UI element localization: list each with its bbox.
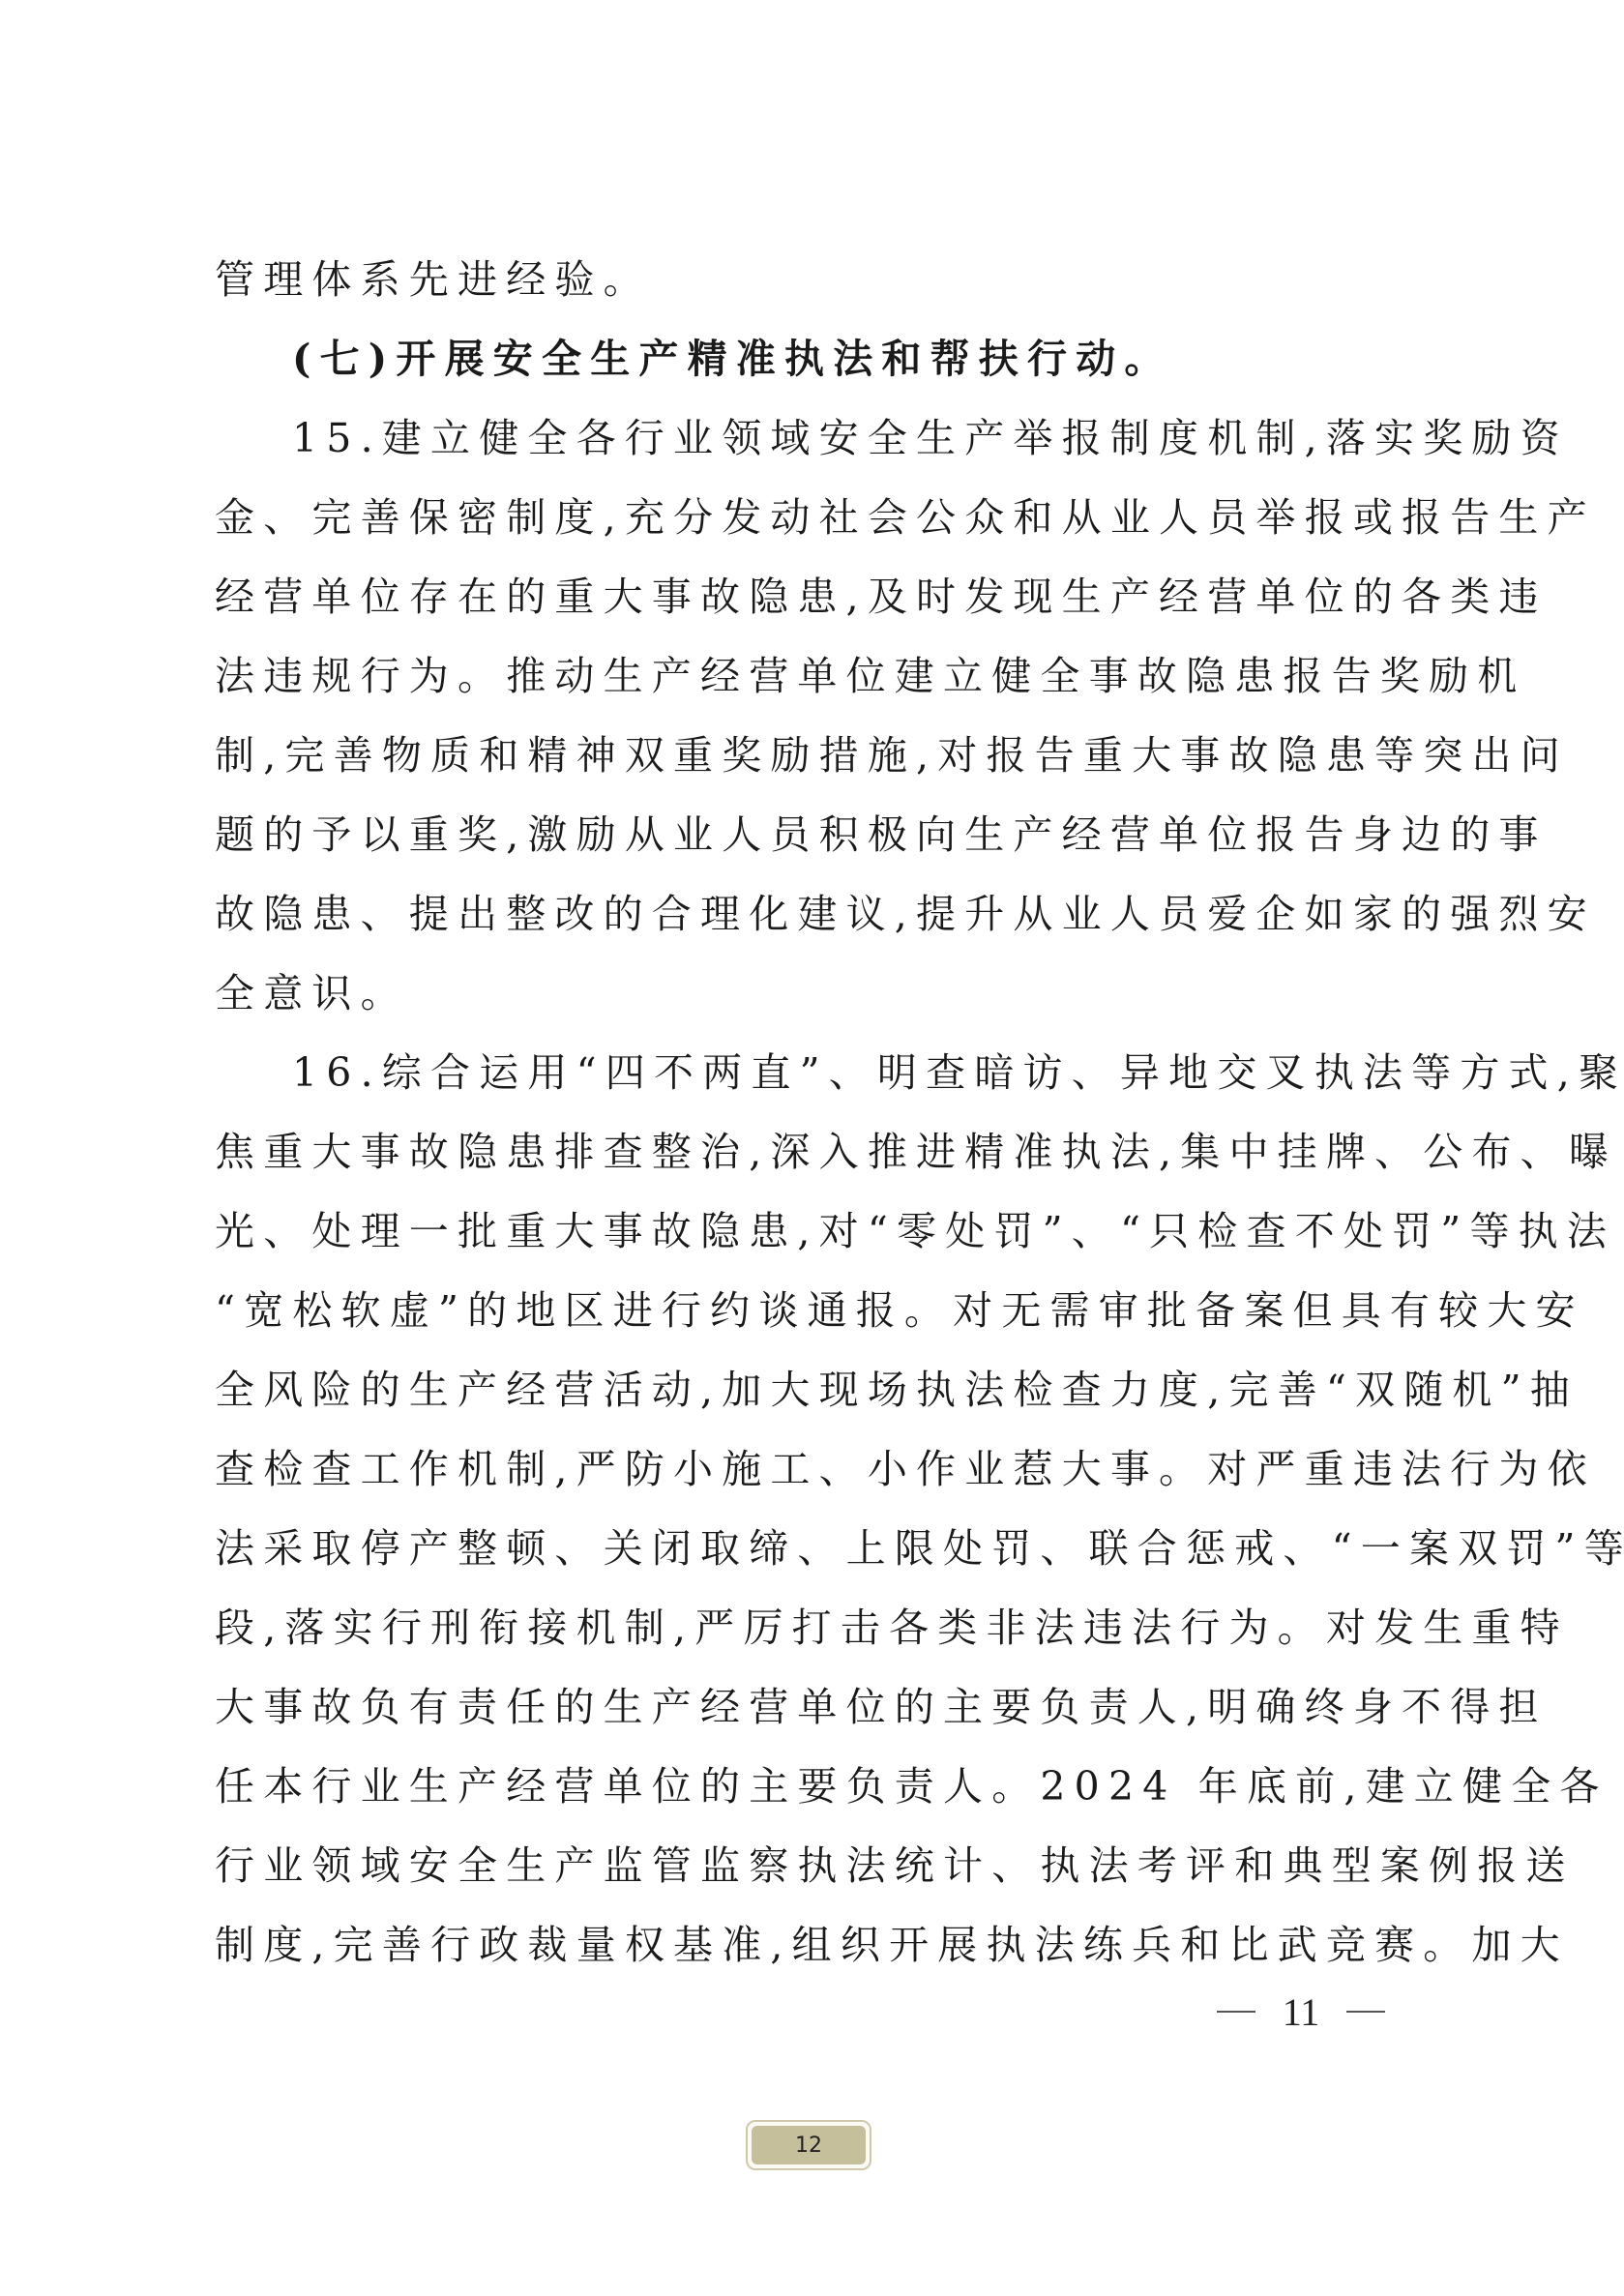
text-line: 全意识。 [215,954,1391,1033]
text-line: 15.建立健全各行业领域安全生产举报制度机制,落实奖励资 [215,398,1391,478]
text-line: 全风险的生产经营活动,加大现场执法检查力度,完善“双随机”抽 [215,1350,1391,1429]
text-line: 光、处理一批重大事故隐患,对“零处罚”、“只检查不处罚”等执法 [215,1192,1391,1271]
page-number-badge-inner: 12 [752,2126,866,2164]
text-line: 大事故负有责任的生产经营单位的主要负责人,明确终身不得担 [215,1667,1391,1747]
text-line: 故隐患、提出整改的合理化建议,提升从业人员爱企如家的强烈安 [215,874,1391,954]
text-line: 经营单位存在的重大事故隐患,及时发现生产经营单位的各类违 [215,557,1391,636]
text-line: “宽松软虚”的地区进行约谈通报。对无需审批备案但具有较大安 [215,1271,1391,1350]
text-line: 法违规行为。推动生产经营单位建立健全事故隐患报告奖励机 [215,636,1391,716]
text-line: 任本行业生产经营单位的主要负责人。2024 年底前,建立健全各 [215,1747,1391,1826]
text-line: 16.综合运用“四不两直”、明查暗访、异地交叉执法等方式,聚 [215,1033,1391,1112]
text-line: 题的予以重奖,激励从业人员积极向生产经营单位报告身边的事 [215,795,1391,874]
printed-page-number: 11 [1185,1983,1417,2041]
text-line: 制,完善物质和精神双重奖励措施,对报告重大事故隐患等突出问 [215,716,1391,795]
page-number-badge-value: 12 [795,2134,822,2158]
folio-dash-right [1346,2011,1385,2013]
page-number-badge[interactable]: 12 [746,2120,871,2170]
text-line: 金、完善保密制度,充分发动社会公众和从业人员举报或报告生产 [215,478,1391,557]
section-heading: (七)开展安全生产精准执法和帮扶行动。 [215,319,1391,398]
text-line: 段,落实行刑衔接机制,严厉打击各类非法违法行为。对发生重特 [215,1588,1391,1667]
text-line: 行业领域安全生产监管监察执法统计、执法考评和典型案例报送 [215,1826,1391,1905]
text-line: 制度,完善行政裁量权基准,组织开展执法练兵和比武竞赛。加大 [215,1905,1391,1985]
body-text: 管理体系先进经验。(七)开展安全生产精准执法和帮扶行动。15.建立健全各行业领域… [215,240,1391,1985]
folio-dash-left [1217,2011,1255,2013]
text-line: 管理体系先进经验。 [215,240,1391,319]
document-page: 管理体系先进经验。(七)开展安全生产精准执法和帮扶行动。15.建立健全各行业领域… [0,0,1624,2296]
text-line: 法采取停产整顿、关闭取缔、上限处罚、联合惩戒、“一案双罚”等手 [215,1509,1391,1588]
text-line: 查检查工作机制,严防小施工、小作业惹大事。对严重违法行为依 [215,1429,1391,1509]
printed-page-number-value: 11 [1283,1989,1320,2035]
text-line: 焦重大事故隐患排查整治,深入推进精准执法,集中挂牌、公布、曝 [215,1112,1391,1192]
